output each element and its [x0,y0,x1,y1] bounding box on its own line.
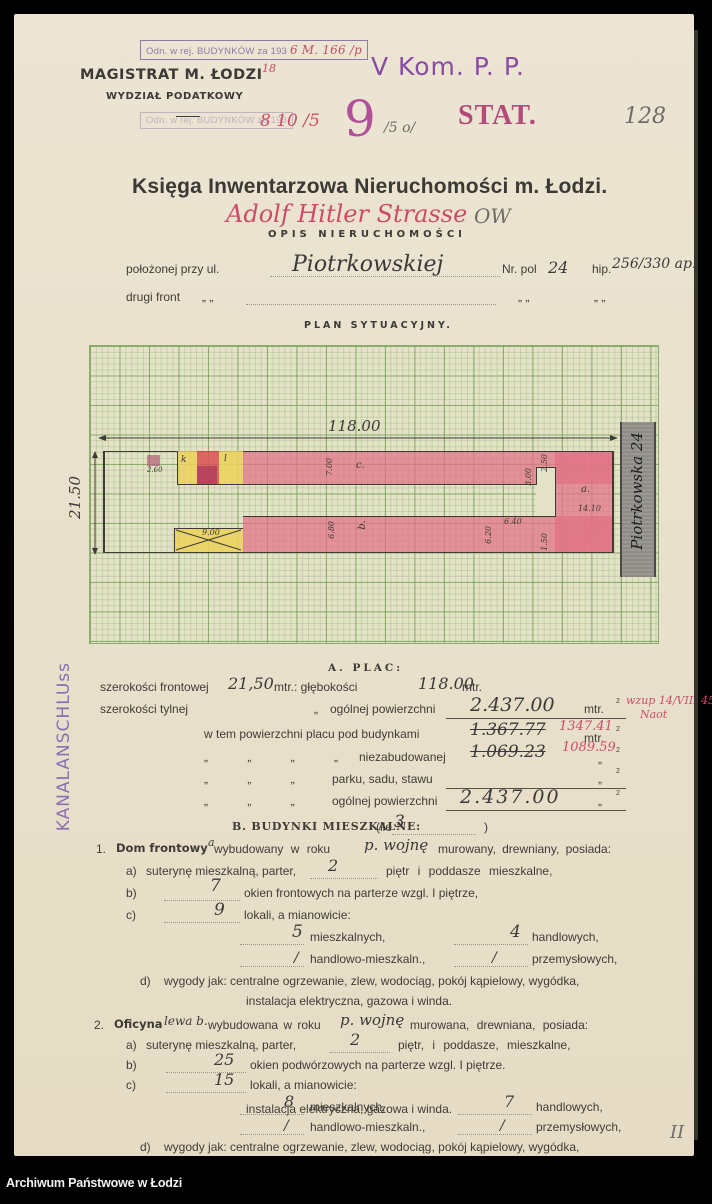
item1-d-text2: instalacja elektryczna, gazowa i winda. [246,994,452,1008]
undeveloped-new-value: 1089.59 [562,740,616,755]
sewer-connection-stamp: KANALANSCHLUss [54,662,74,831]
built-area-struck-value: 1.367.77 [470,720,546,740]
plan-label: 2.60 [147,466,163,474]
stamp-extra-number: 18 [262,62,276,75]
item2-windows-value: 25 [214,1050,234,1069]
item2-d-text2: instalacja elektryczna, gazowa i winda. [246,1102,452,1116]
item2-mixed-label: handlowo-mieszkaln., [310,1120,425,1134]
item1-c-label: c) [126,908,136,922]
annex-outline-bottom [177,484,243,485]
register-stamp-top: Odn. w rej. BUDYNKÓW za 193 6 M. 166 /p [140,40,368,60]
plan-title: PLAN SYTUACYJNY. [304,320,453,331]
summary-area-value: 2.437.00 [460,786,561,808]
item1-built-label: wybudowany w roku [214,842,330,856]
undeveloped-struck-value: 1.069.23 [470,742,546,762]
hip-label: hip. [592,262,611,276]
street-value: Piotrkowskiej [292,252,443,277]
item1-b-label: b) [126,886,137,900]
item1-name: Dom frontowy [116,841,208,855]
item2-industrial-value: / [500,1118,505,1134]
item2-c-label: c) [126,1078,136,1092]
rear-width-label: szerokości tylnej [100,702,188,716]
item1-a-label: a) [126,864,137,878]
item2-a-label: a) [126,1038,137,1052]
plan-label: c. [356,460,365,471]
building-count-label: (ile [376,820,392,834]
item2-industrial-line [458,1134,532,1135]
building-count-close: ) [484,820,488,834]
plan-label: 6.40 [504,517,522,526]
margin-note: wzup 14/VIII 45 [626,694,712,707]
item1-mixed-label: handlowo-mieszkaln., [310,952,425,966]
summary-area-rule [446,810,626,811]
item1-windows-line [164,900,240,901]
second-front-ditto-hip: „ „ [594,290,605,304]
section-a-heading: A. PLAC: [328,662,403,674]
second-front-ditto: „ „ [202,290,213,304]
plan-label: 6.20 [484,526,493,544]
plan-label: a. [581,484,590,495]
park-ditto-unit: „ [598,772,602,786]
item1-residential-line [240,944,304,945]
undeveloped-label: niezabudowanej [359,750,446,764]
plan-label: b. [357,520,368,530]
item2-mixed-line [240,1134,304,1135]
big-number-stamp: 9 [344,94,376,144]
item2-built-rest: murowana, drewniana, posiada: [410,1018,588,1032]
second-front-ditto-nr: „ „ [518,290,529,304]
width-dimension-arrow [90,451,100,555]
item2-a-text2: piętr, i poddasze, mieszkalne, [398,1038,570,1052]
archive-name: Archiwum Państwowe w Łodzi [6,1176,182,1190]
annex-k [177,451,197,484]
item1-d-text1: wygody jak: centralne ogrzewanie, zlew, … [164,974,579,988]
item1-commercial-label: handlowych, [532,930,599,944]
number-value: 24 [548,258,568,277]
item1-b-text: okien frontowych na parterze wzgl. I pię… [244,886,478,900]
item2-commercial-line [458,1114,532,1115]
plot-bottom-edge [103,552,243,553]
fraction-note: /5 o/ [384,120,415,136]
small-shed [147,455,160,466]
total-area-label: ogólnej powierzchni [330,702,435,716]
rear-width-ditto: „ [314,702,318,716]
courtyard [243,484,555,516]
plot-left-edge [103,451,105,553]
item1-residential-label: mieszkalnych, [310,930,385,944]
front-width-label: szerokości frontowej [100,680,209,694]
plan-label: 3.00 [524,468,533,486]
item1-units-value: 9 [214,900,225,920]
item1-windows-value: 7 [210,876,221,896]
ledger-title: Księga Inwentarzowa Nieruchomości m. Łod… [132,175,607,199]
building-right-outline [612,451,614,553]
total-area-unit: mtr. [584,702,604,716]
item2-number: 2. [94,1018,104,1032]
second-front-line [246,304,496,305]
plan-label: 2.50 [540,454,549,472]
park-ditto: „ „ „ [204,772,313,786]
item1-a-text: suterynę mieszkalną, parter, [146,864,296,878]
handwritten-suffix: OW [474,204,511,228]
stamp-mid-handwriting: 8 10 /5 [260,111,320,131]
building-a-front [555,451,613,552]
undeveloped-ditto: „ „ „ „ [204,750,356,764]
item2-commercial-value: 7 [504,1092,514,1111]
plan-label: k [181,455,186,465]
item2-built-label: wybudowana w roku [208,1018,321,1032]
street-frontage-bar: Piotrkowska 24 [620,422,656,577]
square-mark: 2 [616,698,620,705]
item2-b-label: b) [126,1058,137,1072]
item2-name-hand: lewa b. [164,1014,208,1028]
item2-floors-value: 2 [350,1030,360,1049]
building-count-line [392,834,476,835]
item2-b-text: okien podwórzowych na parterze wzgl. I p… [250,1058,505,1072]
plan-label: 1.50 [540,533,549,551]
total-area-value: 2.437.00 [470,694,555,716]
depth-unit: mtr. [462,680,482,694]
item1-floors-value: 2 [328,856,338,875]
park-label: parku, sadu, stawu [332,772,433,786]
item2-built-value: p. wojnę [340,1011,404,1029]
built-area-label: w tem powierzchni placu pod budynkami [204,727,419,741]
square-mark: 2 [616,747,620,754]
building-top-outline [243,451,614,452]
archive-footer: Archiwum Państwowe w Łodzi [0,1160,712,1204]
item1-industrial-line [454,966,528,967]
item2-commercial-label: handlowych, [536,1100,603,1114]
item1-mixed-line [240,966,304,967]
item1-d-label: d) [140,974,151,988]
document-page: Odn. w rej. BUDYNKÓW za 193 6 M. 166 /p … [14,14,694,1156]
stamp-stat: STAT. [458,100,537,132]
notch-right-outline [555,467,556,517]
stamp-handwriting: 6 M. 166 /p [290,43,362,57]
street-label: położonej przy ul. [126,262,219,276]
issuer-department: WYDZIAŁ PODATKOWY [106,91,243,102]
page-edge-shadow [694,30,698,1140]
item2-c-text: lokali, a mianowicie: [250,1078,357,1092]
summary-ditto: „ „ „ [204,794,313,808]
plan-label: 6.80 [327,521,336,539]
item2-floors-line [330,1052,390,1053]
second-front-label: drugi front [126,290,180,304]
hip-value: 256/330 ap. [612,256,696,272]
square-mark: 2 [616,726,620,733]
item1-a-text2: piętr i poddasze mieszkalne, [386,864,552,878]
width-dimension-label: 21.50 [66,476,84,519]
item1-number: 1. [96,842,106,856]
square-mark: 2 [616,790,620,797]
item1-residential-value: 5 [292,922,303,942]
stamp-text: Odn. w rej. BUDYNKÓW za 193 [146,46,287,57]
courtyard-top-outline [243,484,536,485]
item1-mixed-value: / [294,950,299,966]
undeveloped-ditto-unit: „ [598,752,602,766]
plan-label: l [224,454,227,464]
corner-pencil-mark: II [670,1122,684,1143]
item1-commercial-line [454,944,528,945]
building-bottom-outline [243,552,614,553]
handwritten-street-name: Adolf Hitler Strasse [226,200,467,228]
item2-units-value: 15 [214,1070,234,1089]
item1-industrial-label: przemysłowych, [532,952,617,966]
annex-l [219,451,243,484]
item2-industrial-label: przemysłowych, [536,1120,621,1134]
property-description-heading: OPIS NIERUCHOMOŚCI [268,229,466,240]
margin-note-signature: Naot [640,708,667,721]
length-dimension-label: 118.00 [328,417,381,435]
item1-built-rest: murowany, drewniany, posiada: [438,842,611,856]
square-mark: 2 [616,768,620,775]
front-width-unit: mtr.: głębokości [274,680,357,694]
street-frontage-label: Piotrkowska 24 [628,432,646,550]
item2-d-text1: wygody jak: centralne ogrzewanie, zlew, … [164,1140,579,1154]
item1-commercial-value: 4 [510,922,521,942]
item1-industrial-value: / [492,950,497,966]
plan-label: 9.00 [202,528,220,537]
stamp-v-kom: V Kom. P. P. [371,52,525,81]
notch-left-outline [536,467,537,485]
annex-dark-block [197,466,217,484]
plan-label: 14.10 [578,504,601,513]
number-label: Nr. pol [502,262,537,276]
item1-units-line [164,922,240,923]
summary-ditto-unit: „ [598,794,602,808]
front-width-value: 21,50 [228,674,274,693]
annex-outline-left [177,451,178,485]
item1-floors-line [310,878,378,879]
issuer-name: MAGISTRAT M. ŁODZI [80,67,263,83]
item2-d-label: d) [140,1140,151,1154]
building-count-value: 3 [394,812,405,832]
item1-c-text: lokali, a mianowicie: [244,908,351,922]
plan-label: 7.00 [325,458,334,476]
item2-mixed-value: / [284,1118,289,1134]
page-number: 128 [624,104,666,129]
summary-area-label: ogólnej powierzchni [332,794,437,808]
item2-units-line [166,1092,246,1093]
item1-built-value: p. wojnę [364,836,428,854]
section-b-heading: B. BUDYNKI MIESZKALNE: [232,820,421,833]
item2-name: Oficyna [114,1017,163,1031]
